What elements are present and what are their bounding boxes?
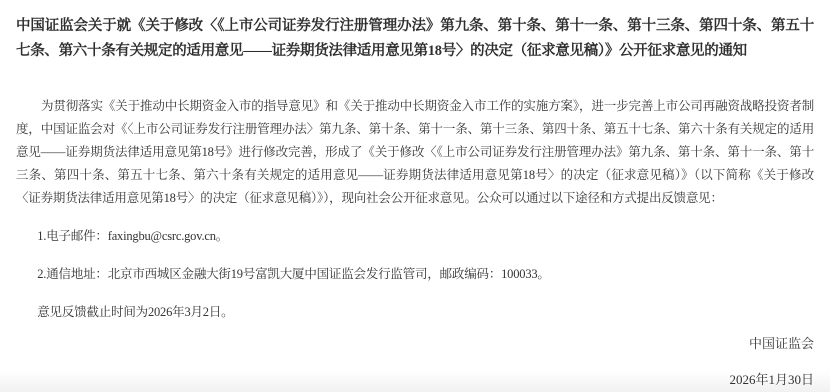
deadline-paragraph: 意见反馈截止时间为2026年3月2日。 — [16, 301, 814, 324]
feedback-channel-email: 1.电子邮件：faxingbu@csrc.gov.cn。 — [16, 225, 814, 248]
issuer-signature: 中国证监会 — [16, 336, 814, 351]
notice-document: 中国证监会关于就《关于修改〈《上市公司证券发行注册管理办法》第九条、第十条、第十… — [0, 0, 830, 392]
document-title: 中国证监会关于就《关于修改〈《上市公司证券发行注册管理办法》第九条、第十条、第十… — [16, 14, 814, 64]
intro-paragraph: 为贯彻落实《关于推动中长期资金入市的指导意见》和《关于推动中长期资金入市工作的实… — [16, 95, 814, 210]
signature-block: 中国证监会 2026年1月30日 — [16, 336, 814, 387]
issue-date: 2026年1月30日 — [16, 372, 814, 387]
feedback-channel-mail-address: 2.通信地址：北京市西城区金融大街19号富凯大厦中国证监会发行监管司，邮政编码：… — [16, 263, 814, 286]
